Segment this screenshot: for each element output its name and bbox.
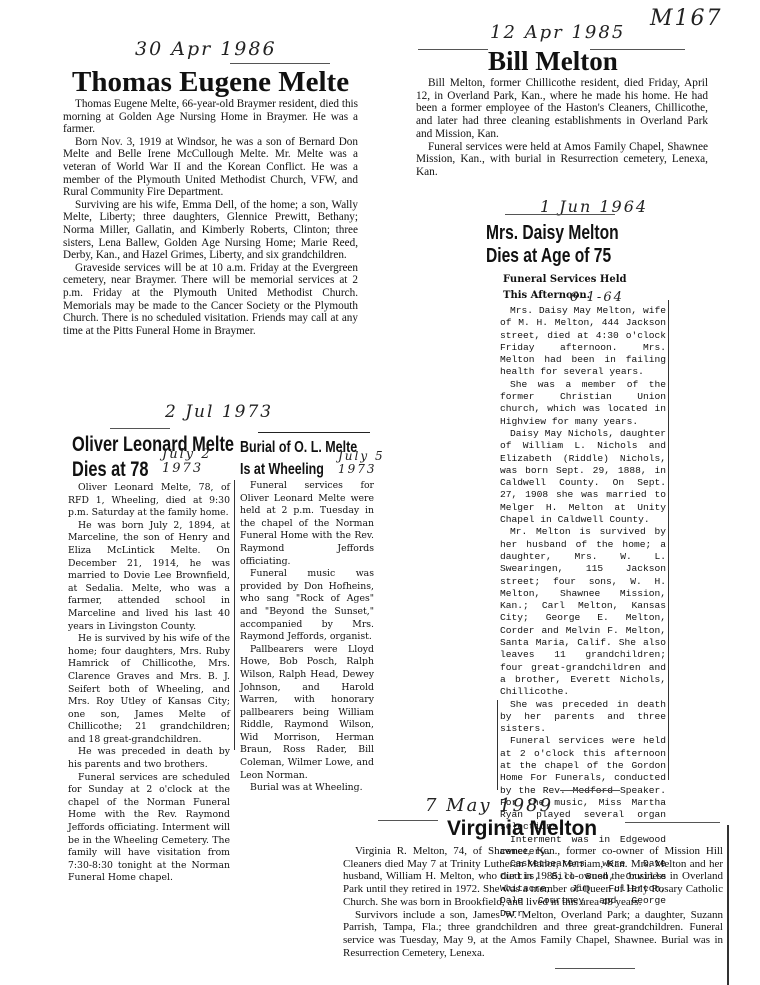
divider	[625, 822, 720, 823]
headline-line: Dies at Age of 75	[486, 245, 619, 268]
paragraph: Burial was at Wheeling.	[240, 782, 374, 795]
paragraph: Virginia R. Melton, 74, of Shawnee, Kan.…	[343, 845, 723, 909]
headline: Thomas Eugene Melte	[72, 66, 349, 99]
column-rule	[668, 300, 669, 780]
headline: Mrs. Daisy Melton Dies at Age of 75	[486, 222, 619, 268]
handwritten-date: 30 Apr 1986	[135, 38, 277, 60]
divider	[258, 432, 370, 433]
catalog-mark: M167	[650, 6, 723, 31]
handwritten-date: 12 Apr 1985	[490, 22, 625, 43]
article-body: Funeral services for Oliver Leonard Melt…	[240, 480, 374, 795]
column-rule	[497, 700, 498, 790]
handwritten-date: 2 Jul 1973	[165, 402, 273, 422]
divider	[505, 214, 615, 215]
divider	[555, 968, 635, 969]
paragraph: Bill Melton, former Chillicothe resident…	[416, 77, 708, 141]
column-rule	[727, 825, 729, 985]
paragraph: He was preceded in death by his parents …	[68, 746, 230, 771]
headline: Bill Melton	[488, 46, 618, 77]
headline: Virginia Melton	[447, 817, 597, 841]
paragraph: Mrs. Daisy May Melton, wife of M. H. Mel…	[500, 305, 666, 379]
paragraph: Born Nov. 3, 1919 at Windsor, he was a s…	[63, 136, 358, 199]
paragraph: She was a member of the former Christian…	[500, 379, 666, 428]
paragraph: He is survived by his wife of the home; …	[68, 633, 230, 746]
handwritten-margin-note: 6-1-64	[570, 290, 624, 305]
article-body: Bill Melton, former Chillicothe resident…	[416, 77, 708, 179]
paragraph: Graveside services will be at 10 a.m. Fr…	[63, 262, 358, 338]
paragraph: Daisy May Nichols, daughter of William L…	[500, 428, 666, 526]
divider	[230, 63, 330, 64]
paragraph: Oliver Leonard Melte, 78, of RFD 1, Whee…	[68, 482, 230, 520]
headline-line: Mrs. Daisy Melton	[486, 222, 619, 245]
divider	[110, 428, 170, 429]
divider	[418, 49, 488, 50]
paragraph: Funeral services were held at Amos Famil…	[416, 141, 708, 179]
paragraph: Mr. Melton is survived by her husband of…	[500, 526, 666, 698]
divider	[560, 790, 620, 791]
article-body: Thomas Eugene Melte, 66-year-old Braymer…	[63, 98, 358, 337]
paragraph: Thomas Eugene Melte, 66-year-old Braymer…	[63, 98, 358, 136]
paragraph: Pallbearers were Lloyd Howe, Bob Posch, …	[240, 644, 374, 783]
divider	[378, 820, 438, 821]
paragraph: She was preceded in death by her parents…	[500, 699, 666, 736]
article-body: Virginia R. Melton, 74, of Shawnee, Kan.…	[343, 845, 723, 959]
paragraph: Funeral services are scheduled for Sunda…	[68, 772, 230, 885]
article-body: Oliver Leonard Melte, 78, of RFD 1, Whee…	[68, 482, 230, 885]
handwritten-margin-note: July 2 1973	[162, 448, 232, 476]
column-rule	[234, 480, 235, 750]
subheadline-line: Funeral Services Held	[503, 272, 626, 288]
paragraph: He was born July 2, 1894, at Marceline, …	[68, 520, 230, 633]
paragraph: Funeral services for Oliver Leonard Melt…	[240, 480, 374, 568]
paragraph: Surviving are his wife, Emma Dell, of th…	[63, 199, 358, 262]
handwritten-margin-note: July 5 1973	[338, 450, 388, 476]
paragraph: Survivors include a son, James W. Melton…	[343, 909, 723, 960]
handwritten-date: 7 May 1989	[425, 795, 553, 816]
paragraph: Funeral music was provided by Don Hofhei…	[240, 568, 374, 644]
